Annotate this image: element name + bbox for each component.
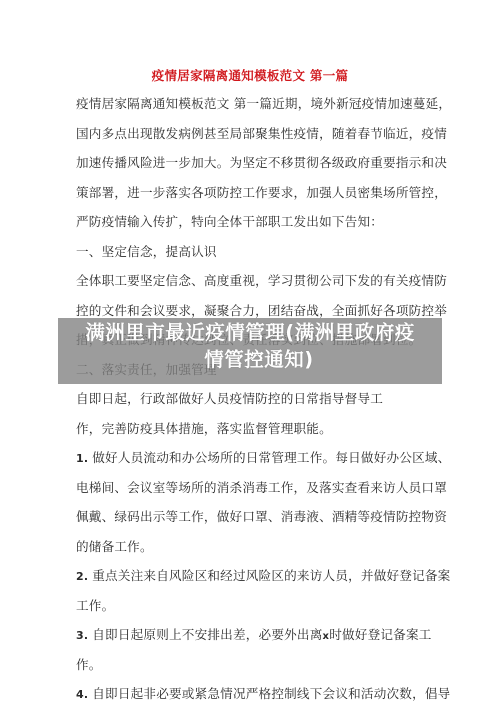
list-number: 3. [76,629,88,642]
list-item-2: 2.重点关注来自风险区和经过风险区的来访人员，并做好登记备案 [76,561,428,591]
list-item-continuation: 的储备工作。 [76,532,428,562]
list-item-continuation: 作。 [76,650,428,680]
paragraph-line: 全体职工要坚定信念、高度重视，学习贯彻公司下发的有关疫情防 [76,266,428,296]
list-text: 时做好登记备案工 [329,627,431,642]
list-number: 4. [76,688,88,701]
paragraph-line: 加速传播风险进一步加大。为坚定不移贯彻各级政府重要指示和决 [76,148,428,178]
paragraph-line: 作，完善防疫具体措施，落实监督管理职能。 [76,414,428,444]
list-item-3: 3.自即日起原则上不安排出差，必要外出离x时做好登记备案工 [76,620,428,650]
headline-line-2: 情管控通知) [0,346,500,373]
list-text: 自即日起非必要或紧急情况严格控制线下会议和活动次数，倡导 [92,686,450,701]
list-item-continuation: 佩戴、绿码出示等工作，做好口罩、消毒液、酒精等疫情防控物资 [76,502,428,532]
list-item-1: 1.做好人员流动和办公场所的日常管理工作。每日做好办公区域、 [76,443,428,473]
list-item-continuation: 工作。 [76,591,428,621]
document-body: 疫情居家隔离通知模板范文 第一篇近期，境外新冠疫情加速蔓延， 国内多点出现散发病… [76,89,428,706]
list-item-4: 4.自即日起非必要或紧急情况严格控制线下会议和活动次数，倡导 [76,679,428,706]
headline-overlay-text: 满洲里市最近疫情管理(满洲里政府疫 情管控通知) [0,319,500,373]
list-number: 2. [76,570,88,583]
list-item-continuation: 电梯间、会议室等场所的消杀消毒工作，及落实查看来访人员口罩 [76,473,428,503]
document-page: 疫情居家隔离通知模板范文 第一篇 疫情居家隔离通知模板范文 第一篇近期，境外新冠… [0,0,500,706]
paragraph-line: 疫情居家隔离通知模板范文 第一篇近期，境外新冠疫情加速蔓延， [76,89,428,119]
list-text: 重点关注来自风险区和经过风险区的来访人员，并做好登记备案 [92,568,450,583]
paragraph-line: 严防疫情输入传扩，特向全体干部职工发出如下告知： [76,207,428,237]
list-text: 做好人员流动和办公场所的日常管理工作。每日做好办公区域、 [92,450,450,465]
list-number: 1. [76,452,88,465]
paragraph-line: 自即日起，行政部做好人员疫情防控的日常指导督导工 [76,384,428,414]
section-heading: 一、坚定信念，提高认识 [76,237,428,267]
paragraph-line: 国内多点出现散发病例甚至局部聚集性疫情，随着春节临近，疫情 [76,119,428,149]
paragraph-line: 策部署，进一步落实各项防控工作要求，加强人员密集场所管控， [76,178,428,208]
headline-line-1: 满洲里市最近疫情管理(满洲里政府疫 [85,321,414,344]
document-title: 疫情居家隔离通知模板范文 第一篇 [0,66,500,84]
list-text: 自即日起原则上不安排出差，必要外出离 [92,627,322,642]
